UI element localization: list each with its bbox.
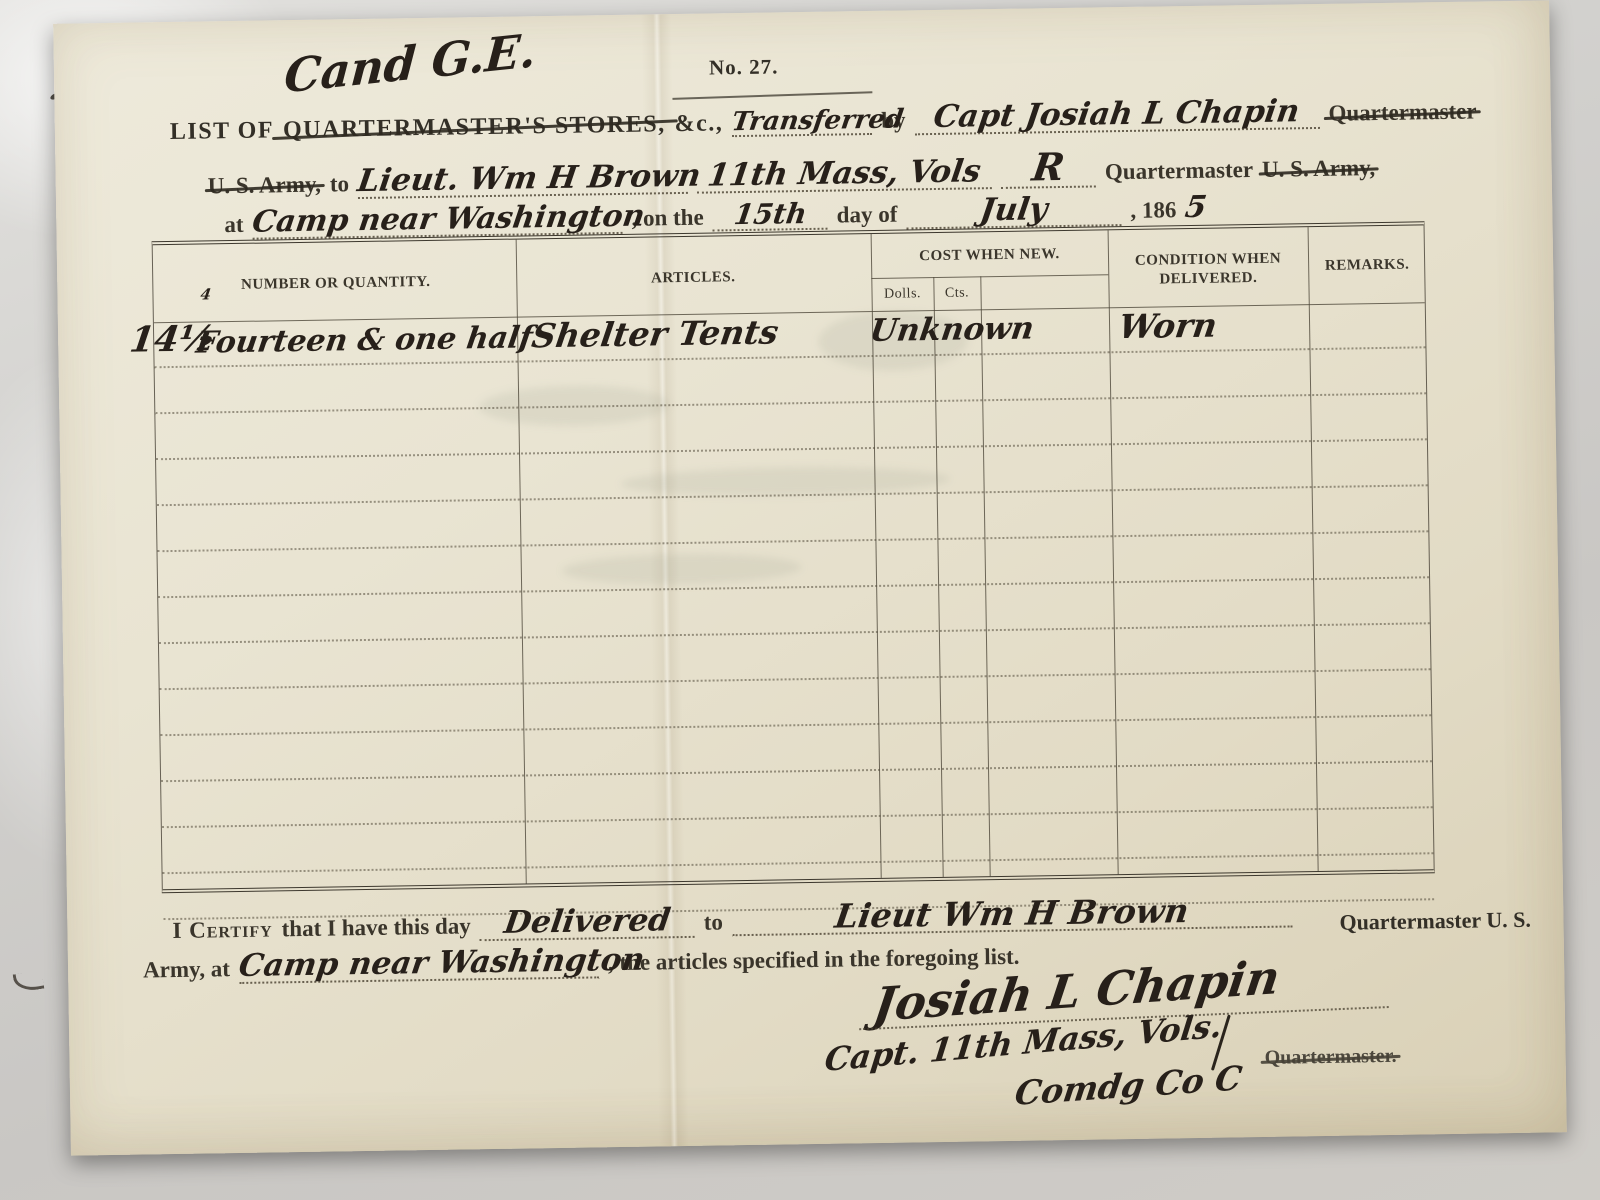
struck-us-army-2: U. S. Army, <box>1262 155 1375 183</box>
list-of-label: LIST OF <box>170 117 275 146</box>
entry-cost: Unknown <box>868 313 1036 347</box>
pen-stroke-line <box>672 91 872 100</box>
handwritten-place: Camp near Washington <box>250 202 646 238</box>
cost-subheader-divider <box>871 274 1108 279</box>
margin-quantity-figure: 14½ <box>128 321 218 357</box>
cert-to-label: to <box>704 909 724 935</box>
column-header-dolls: Dolls. <box>873 285 931 303</box>
struck-quartermaster: Quartermaster <box>1328 98 1477 126</box>
handwritten-cert-recipient: Lieut Wm H Brown <box>833 894 1191 933</box>
officer-blank: Capt Josiah L Chapin <box>914 96 1319 135</box>
handwritten-year-digit: 5 <box>1183 193 1208 223</box>
handwritten-day: 15th <box>732 200 808 229</box>
certify-label: I Certify <box>172 916 273 944</box>
column-header-articles: ARTICLES. <box>533 266 853 290</box>
top-handwritten-note: Cand G.E. <box>283 27 538 100</box>
handwritten-cert-place: Camp near Washington <box>237 945 647 982</box>
recipient-blank: Lieut. Wm H Brown <box>358 161 688 199</box>
struck-quartermasters-stores: QUARTERMASTER'S STORES, <box>283 111 666 144</box>
entry-article: Shelter Tents <box>530 315 781 352</box>
unit-blank: 11th Mass, Vols <box>697 156 992 194</box>
year-printed-label: , 186 <box>1130 197 1176 224</box>
struck-signature-quartermaster: Quartermaster. <box>1264 1045 1396 1070</box>
form-number: No. 27. <box>709 54 779 80</box>
handwritten-officer-name: Capt Josiah L Chapin <box>932 96 1302 133</box>
handwritten-month: July <box>978 194 1049 226</box>
column-header-cts: Cts. <box>935 284 978 302</box>
table-body-rows <box>154 302 1434 920</box>
day-blank: 15th <box>712 200 827 232</box>
cert-place-blank: Camp near Washington <box>239 945 599 984</box>
etc-label: &c., <box>674 110 723 138</box>
to-label: to <box>330 171 350 197</box>
at-label: at <box>224 212 244 238</box>
day-of-label: day of <box>836 202 897 229</box>
stray-ink-mark <box>13 970 45 994</box>
entry-condition: Worn <box>1117 309 1219 344</box>
struck-us-army-1: U. S. Army, <box>208 172 321 200</box>
column-header-remarks: REMARKS. <box>1313 255 1421 275</box>
certify-rest-label: that I have this day <box>281 913 471 942</box>
entry-quantity-words: Fourteen & one half <box>194 323 534 358</box>
column-header-condition: CONDITION WHEN DELIVERED. <box>1118 249 1299 289</box>
handwritten-transferred: Transferred <box>730 106 905 135</box>
month-blank: July <box>906 193 1121 229</box>
stray-figure: 4 <box>199 287 212 302</box>
column-header-quantity: NUMBER OR QUANTITY. <box>173 272 498 296</box>
quartermaster-label: Quartermaster <box>1105 157 1254 185</box>
initial-blank: R <box>1001 147 1097 188</box>
column-header-cost: COST WHEN NEW. <box>871 244 1108 266</box>
transferred-blank: Transferred <box>732 107 872 137</box>
handwritten-unit: 11th Mass, Vols <box>706 156 983 191</box>
signature-command: Comdg Co C <box>1013 1061 1244 1110</box>
action-blank: Delivered <box>480 905 695 941</box>
army-at-label: Army, at <box>143 956 230 983</box>
handwritten-action: Delivered <box>502 905 672 939</box>
stores-table: NUMBER OR QUANTITY. ARTICLES. COST WHEN … <box>152 221 1435 893</box>
handwritten-initial: R <box>1030 148 1067 187</box>
quartermaster-us-label: Quartermaster U. S. <box>1339 907 1531 936</box>
document-paper: Cand G.E. No. 27. LIST OF QUARTERMASTER'… <box>53 0 1567 1155</box>
handwritten-recipient: Lieut. Wm H Brown <box>356 161 703 197</box>
cert-recipient-blank: Lieut Wm H Brown <box>732 892 1292 936</box>
